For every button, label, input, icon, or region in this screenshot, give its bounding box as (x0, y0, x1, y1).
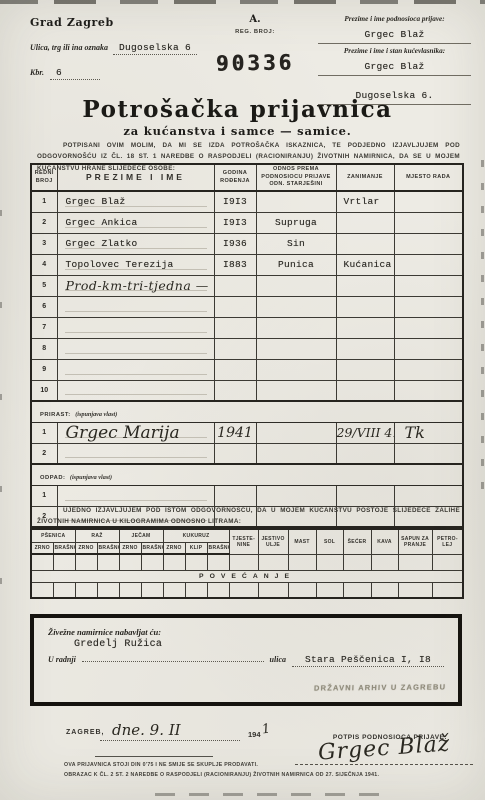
street-label: Ulica, trg ili ina oznaka (30, 43, 108, 52)
footer-city-label: ZAGREB, (66, 729, 105, 736)
col-header-prezime-ime: PREZIME I IME (57, 164, 214, 191)
scan-artifact-top-edge (0, 0, 485, 4)
archive-stamp: DRŽAVNI ARHIV U ZAGREBU (314, 682, 447, 692)
form-title: Potrošačka prijavnica (0, 96, 475, 123)
prirast-label: PRIRAST: (40, 412, 71, 418)
supply-cell (288, 554, 316, 570)
col-group-psenica: PŠENICA (31, 529, 75, 542)
person-row-5: 5 Prod-km-tri-tjedna — (31, 275, 463, 296)
supplies-entry-row (31, 582, 463, 598)
row-number: 9 (31, 359, 57, 380)
person-name: Grgec Zlatko (57, 233, 214, 254)
person-name (57, 380, 214, 401)
workplace (394, 338, 463, 359)
birth-year (214, 485, 256, 506)
prirast-band: PRIRAST: (ispunjava vlast) (31, 401, 463, 422)
supply-cell (398, 554, 432, 570)
relation (256, 485, 336, 506)
person-name (57, 359, 214, 380)
owner-name-field: Grgec Blaž (318, 56, 471, 76)
person-row-4: 4 Topolovec Terezija I883 Punica Kućanic… (31, 254, 463, 275)
prirast-name-handwritten: Grgec Marija (57, 422, 214, 443)
birth-year (214, 380, 256, 401)
povecanje-band: POVEĆANJE (31, 570, 463, 582)
workplace (394, 359, 463, 380)
date-handwritten: dne. 9. II (112, 721, 181, 739)
workplace (394, 212, 463, 233)
col-header-godina-rodenja: GODINA ROĐENJA (214, 164, 256, 191)
odpad-row-1: 1 (31, 485, 463, 506)
workplace (394, 233, 463, 254)
row-number: 2 (31, 443, 57, 464)
owner-name-value: Grgec Blaž (364, 61, 424, 72)
birth-year: I883 (214, 254, 256, 275)
col-header-petrolej: PETRO­LEJ (432, 529, 463, 554)
supply-cell (141, 582, 163, 598)
applicant-name-value: Grgec Blaž (364, 29, 424, 40)
sub-header-brasno: BRAŠNO (97, 542, 119, 554)
fine-print: OVA PRIJAVNICA STOJI DIN 0'75 I NE SMIJE… (64, 761, 436, 781)
prirast-initials-handwritten: Tk (394, 422, 463, 443)
sub-header-zrno: ZRNO (31, 542, 53, 554)
occupation (336, 317, 394, 338)
supply-cell (163, 554, 185, 570)
person-row-1: 1 Grgec Blaž I9I3 Vrtlar (31, 191, 463, 212)
person-row-9: 9 (31, 359, 463, 380)
occupation (336, 485, 394, 506)
person-name (57, 485, 214, 506)
date-rule (100, 740, 240, 741)
supplies-entry-row (31, 554, 463, 570)
sub-header-brasno: BRAŠNO (207, 542, 229, 554)
city-label: Grad Zagreb (30, 16, 210, 29)
odpad-band: ODPAD: (ispunjava vlast) (31, 464, 463, 485)
persons-header-row: REDNI BROJ PREZIME I IME GODINA ROĐENJA … (31, 164, 463, 191)
workplace (394, 254, 463, 275)
occupation: Vrtlar (336, 191, 394, 212)
header-center-block: A. REG. BROJ: 90336 (200, 14, 310, 75)
supply-cell (258, 554, 288, 570)
supply-cell (229, 554, 258, 570)
birth-year (214, 296, 256, 317)
prirast-row-1: 1 Grgec Marija 1941 29/VIII 41 Tk (31, 422, 463, 443)
fine-print-line-1: OVA PRIJAVNICA STOJI DIN 0'75 I NE SMIJE… (64, 761, 436, 771)
supply-cell (97, 554, 119, 570)
sub-header-brasno: BRAŠNO (53, 542, 75, 554)
supply-cell (185, 554, 207, 570)
occupation (336, 359, 394, 380)
odpad-label: ODPAD: (40, 475, 65, 481)
relation: Sin (256, 233, 336, 254)
row-number: 6 (31, 296, 57, 317)
col-group-jecam: JEČAM (119, 529, 163, 542)
supply-cell (371, 582, 398, 598)
odpad-note: (ispunjava vlast) (70, 474, 112, 481)
birth-year: I936 (214, 233, 256, 254)
col-header-jestivo-ulje: JESTIVO ULJE (258, 529, 288, 554)
supply-cell (207, 582, 229, 598)
owner-label: Prezime i ime i stan kućevlasnika: (318, 47, 471, 55)
occupation (336, 443, 394, 464)
row-number: 1 (31, 422, 57, 443)
row-number: 7 (31, 317, 57, 338)
col-header-kava: KAVA (371, 529, 398, 554)
street-label: ulica (270, 655, 286, 664)
dotted-rule (82, 652, 264, 662)
supply-cell (432, 582, 463, 598)
workplace (394, 485, 463, 506)
supply-cell (229, 582, 258, 598)
year-printed: 194 (248, 730, 261, 739)
supplier-intro-label: Živežne namirnice nabavljat ću: (48, 627, 444, 637)
birth-year (214, 317, 256, 338)
supply-cell (163, 582, 185, 598)
supply-cell (185, 582, 207, 598)
person-row-7: 7 (31, 317, 463, 338)
header-left-block: Grad Zagreb Ulica, trg ili ina oznaka Du… (30, 16, 210, 80)
house-number-field: Kbr. 6 (30, 67, 210, 80)
occupation (336, 338, 394, 359)
kbr-label: Kbr. (30, 68, 44, 77)
odpad-band-cell: ODPAD: (ispunjava vlast) (31, 464, 463, 485)
occupation (336, 380, 394, 401)
birth-year (214, 338, 256, 359)
col-header-redni-broj: REDNI BROJ (31, 164, 57, 191)
supply-cell (207, 554, 229, 570)
supply-cell (31, 554, 53, 570)
birth-year (214, 275, 256, 296)
supply-cell (53, 554, 75, 570)
supply-cell (31, 582, 53, 598)
supply-cell (432, 554, 463, 570)
supplies-group-header-row: PŠENICA RAŽ JEČAM KUKURUZ TJESTE­NINE JE… (31, 529, 463, 542)
relation (256, 317, 336, 338)
relation (256, 443, 336, 464)
supply-cell (398, 582, 432, 598)
supply-cell (97, 582, 119, 598)
col-header-sol: SOL (316, 529, 343, 554)
row-number: 1 (31, 191, 57, 212)
person-row-2: 2 Grgec Ankica I9I3 Supruga (31, 212, 463, 233)
sub-header-zrno: ZRNO (75, 542, 97, 554)
form-subtitle: za kućanstva i samce — samice. (0, 124, 475, 138)
supply-cell (258, 582, 288, 598)
row-number: 3 (31, 233, 57, 254)
supply-cell (119, 554, 141, 570)
occupation (336, 212, 394, 233)
shop-label: U radnji (48, 655, 76, 664)
scan-artifact-left-edge (0, 210, 2, 670)
workplace (394, 317, 463, 338)
col-header-tjestenine: TJESTE­NINE (229, 529, 258, 554)
col-header-odnos: ODNOS PREMA PODNOSIOCU PRIJAVE ODN. STAR… (256, 164, 336, 191)
birth-year (214, 443, 256, 464)
fine-print-line-2: OBRAZAC K ČL. 2 ST. 2 NAREDBE O RASPODJE… (64, 771, 436, 781)
row-number: 10 (31, 380, 57, 401)
col-group-kukuruz: KUKURUZ (163, 529, 229, 542)
occupation (336, 275, 394, 296)
prirast-date-handwritten: 29/VIII 41 (336, 422, 394, 443)
relation (256, 338, 336, 359)
supply-cell (316, 582, 343, 598)
person-name: Grgec Blaž (57, 191, 214, 212)
supplies-table: PŠENICA RAŽ JEČAM KUKURUZ TJESTE­NINE JE… (30, 528, 464, 599)
supplier-name-value: Gredelj Ružica (74, 639, 444, 650)
supply-cell (371, 554, 398, 570)
reg-number-label: REG. BROJ: (200, 29, 310, 35)
shop-street-line: U radnji ulica Stara Peščenica I, I8 (48, 652, 444, 667)
birth-year (214, 359, 256, 380)
col-header-mast: MAST (288, 529, 316, 554)
person-row-6: 6 (31, 296, 463, 317)
row-number: 4 (31, 254, 57, 275)
scan-artifact-right-edge (481, 160, 484, 500)
person-name (57, 443, 214, 464)
supply-cell (119, 582, 141, 598)
birth-year: I9I3 (214, 191, 256, 212)
supply-cell (343, 554, 371, 570)
birth-year: I9I3 (214, 212, 256, 233)
col-header-mjesto-rada: MJESTO RADA (394, 164, 463, 191)
scan-artifact-bottom-edge (155, 793, 385, 796)
street-field: Ulica, trg ili ina oznaka Dugoselska 6 (30, 42, 210, 55)
row-number: 1 (31, 485, 57, 506)
supply-cell (141, 554, 163, 570)
prirast-year-handwritten: 1941 (214, 422, 256, 443)
col-header-sapun: SAPUN ZA PRANJE (398, 529, 432, 554)
supply-cell (75, 554, 97, 570)
applicant-label: Prezime i ime podnosioca prijave: (318, 15, 471, 23)
applicant-name-field: Grgec Blaž (318, 24, 471, 44)
row-number: 8 (31, 338, 57, 359)
person-row-8: 8 (31, 338, 463, 359)
scanned-form-page: Grad Zagreb Ulica, trg ili ina oznaka Du… (0, 0, 485, 800)
relation (256, 359, 336, 380)
person-row-10: 10 (31, 380, 463, 401)
workplace (394, 380, 463, 401)
person-name-handwritten: Prod-km-tri-tjedna — (57, 275, 214, 296)
col-header-zanimanje: ZANIMANJE (336, 164, 394, 191)
section-letter: A. (200, 14, 310, 25)
col-header-secer: ŠEĆER (343, 529, 371, 554)
relation (256, 380, 336, 401)
person-name (57, 296, 214, 317)
fine-print-rule (95, 756, 213, 757)
prirast-row-2: 2 (31, 443, 463, 464)
kbr-value: 6 (50, 67, 100, 80)
prirast-band-cell: PRIRAST: (ispunjava vlast) (31, 401, 463, 422)
occupation: Kućanica (336, 254, 394, 275)
person-name (57, 338, 214, 359)
workplace (394, 296, 463, 317)
relation (256, 296, 336, 317)
street-value: Dugoselska 6 (113, 42, 197, 55)
supply-cell (343, 582, 371, 598)
prirast-note: (ispunjava vlast) (75, 411, 117, 418)
supplies-declaration: UJEDNO IZJAVLJUJEM POD ISTOM ODGOVORNOŠĆ… (37, 505, 460, 528)
occupation (336, 233, 394, 254)
supply-cell (316, 554, 343, 570)
header-right-block: Prezime i ime podnosioca prijave: Grgec … (318, 12, 471, 105)
year-handwritten: 1 (261, 721, 271, 737)
supplier-box: Živežne namirnice nabavljat ću: Gredelj … (30, 614, 462, 706)
supplier-street-value: Stara Peščenica I, I8 (292, 654, 444, 667)
col-group-raz: RAŽ (75, 529, 119, 542)
sub-header-brasno: BRAŠNO (141, 542, 163, 554)
sub-header-zrno: ZRNO (163, 542, 185, 554)
person-name: Grgec Ankica (57, 212, 214, 233)
row-number: 5 (31, 275, 57, 296)
relation: Punica (256, 254, 336, 275)
povecanje-label: POVEĆANJE (31, 570, 463, 582)
reg-number-stamp: 90336 (200, 50, 310, 76)
sub-header-zrno: ZRNO (119, 542, 141, 554)
person-name (57, 317, 214, 338)
persons-table: REDNI BROJ PREZIME I IME GODINA ROĐENJA … (30, 163, 464, 528)
person-row-3: 3 Grgec Zlatko I936 Sin (31, 233, 463, 254)
person-name: Topolovec Terezija (57, 254, 214, 275)
workplace (394, 443, 463, 464)
relation (256, 422, 336, 443)
relation: Supruga (256, 212, 336, 233)
supply-cell (288, 582, 316, 598)
relation (256, 191, 336, 212)
relation (256, 275, 336, 296)
sub-header-klip: KLIP (185, 542, 207, 554)
workplace (394, 191, 463, 212)
occupation (336, 296, 394, 317)
supply-cell (53, 582, 75, 598)
supply-cell (75, 582, 97, 598)
workplace (394, 275, 463, 296)
row-number: 2 (31, 212, 57, 233)
